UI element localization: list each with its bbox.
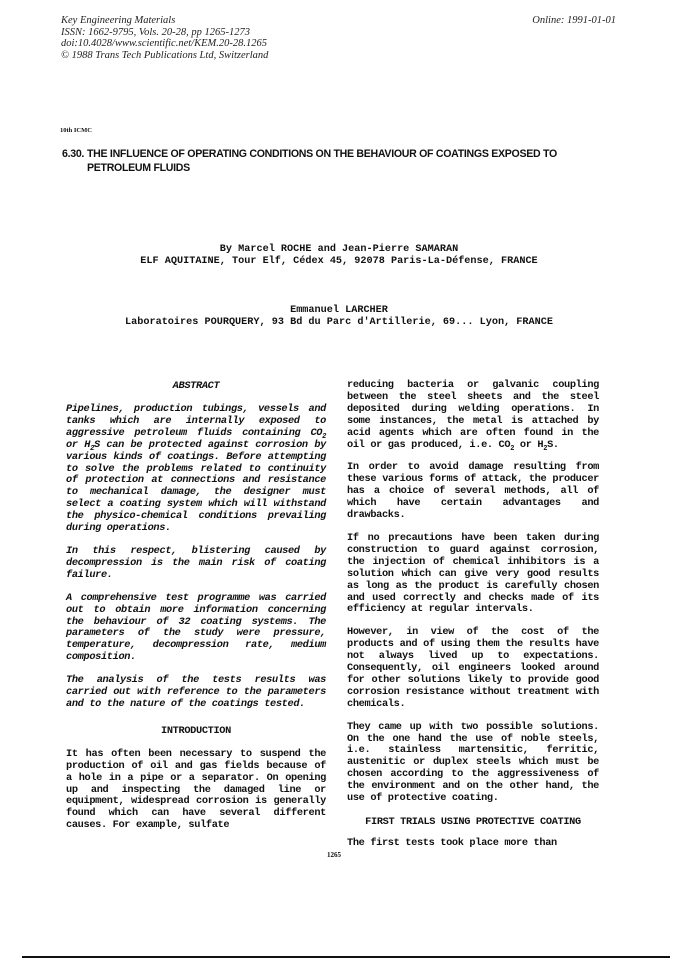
abstract-paragraph: A comprehensive test programme was carri… bbox=[66, 593, 326, 664]
journal-name: Key Engineering Materials bbox=[61, 15, 268, 27]
section-number: 6.30. bbox=[62, 148, 87, 162]
author-names: Emmanuel LARCHER bbox=[0, 305, 678, 317]
page-bottom-rule bbox=[22, 956, 670, 958]
doi-line[interactable]: doi:10.4028/www.scientific.net/KEM.20-28… bbox=[61, 38, 268, 50]
introduction-heading: INTRODUCTION bbox=[66, 725, 326, 737]
right-column: reducing bacteria or galvanic coupling b… bbox=[347, 380, 599, 861]
author-block-2: Emmanuel LARCHER Laboratoires POURQUERY,… bbox=[0, 305, 678, 329]
author-affiliation: Laboratoires POURQUERY, 93 Bd du Parc d'… bbox=[0, 317, 678, 329]
section-heading: FIRST TRIALS USING PROTECTIVE COATING bbox=[347, 816, 599, 828]
body-paragraph: The first tests took place more than bbox=[347, 838, 599, 850]
body-paragraph: reducing bacteria or galvanic coupling b… bbox=[347, 380, 599, 451]
body-paragraph: In order to avoid damage resulting from … bbox=[347, 462, 599, 522]
copyright-line: © 1988 Trans Tech Publications Ltd, Swit… bbox=[61, 50, 268, 62]
issn-line: ISSN: 1662-9795, Vols. 20-28, pp 1265-12… bbox=[61, 27, 268, 39]
body-paragraph: It has often been necessary to suspend t… bbox=[66, 749, 326, 832]
paper-title: 6.30.THE INFLUENCE OF OPERATING CONDITIO… bbox=[62, 148, 622, 175]
author-affiliation: ELF AQUITAINE, Tour Elf, Cédex 45, 92078… bbox=[0, 256, 678, 268]
author-block-1: By Marcel ROCHE and Jean-Pierre SAMARAN … bbox=[0, 244, 678, 268]
title-line-1: THE INFLUENCE OF OPERATING CONDITIONS ON… bbox=[87, 148, 557, 160]
body-paragraph: They came up with two possible solutions… bbox=[347, 722, 599, 805]
body-paragraph: However, in view of the cost of the prod… bbox=[347, 627, 599, 710]
abstract-heading: ABSTRACT bbox=[66, 380, 326, 392]
body-paragraph: If no precautions have been taken during… bbox=[347, 533, 599, 616]
page-number: 1265 bbox=[327, 851, 341, 859]
citation-header: Key Engineering Materials ISSN: 1662-979… bbox=[61, 15, 268, 61]
title-line-2: PETROLEUM FLUIDS bbox=[62, 162, 622, 176]
abstract-paragraph: Pipelines, production tubings, vessels a… bbox=[66, 404, 326, 535]
left-column: ABSTRACT Pipelines, production tubings, … bbox=[66, 380, 326, 843]
abstract-paragraph: The analysis of the tests results was ca… bbox=[66, 675, 326, 711]
author-names: By Marcel ROCHE and Jean-Pierre SAMARAN bbox=[0, 244, 678, 256]
conference-label: 10th ICMC bbox=[60, 127, 92, 134]
online-date: Online: 1991-01-01 bbox=[532, 15, 616, 26]
abstract-paragraph: In this respect, blistering caused by de… bbox=[66, 546, 326, 582]
